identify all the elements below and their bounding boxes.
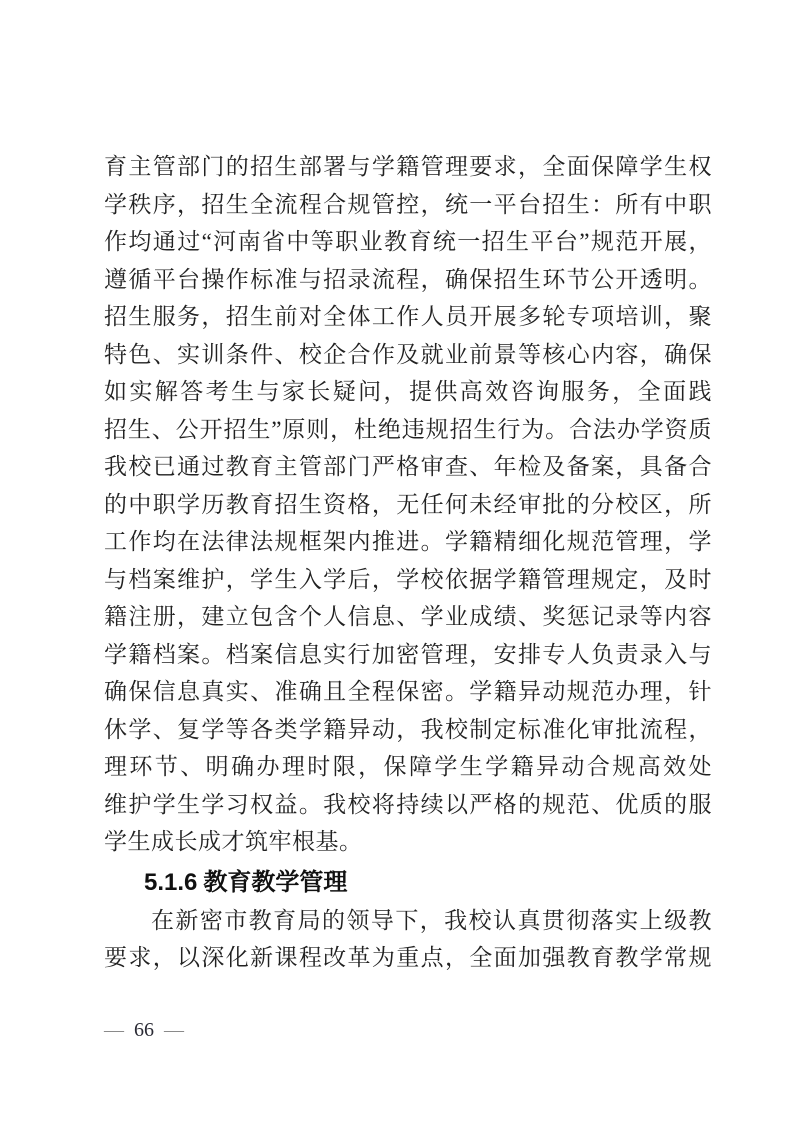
text-line: 工作均在法律法规框架内推进。学籍精细化规范管理，学籍注册 (104, 523, 712, 561)
page-footer: —66— (104, 1019, 184, 1042)
text-line: 招生服务，招生前对全体工作人员开展多轮专项培训，聚焦专业 (104, 298, 712, 336)
footer-dash-right: — (164, 1019, 184, 1041)
text-line: 维护学生学习权益。我校将持续以严格的规范、优质的服务，为 (104, 786, 712, 824)
paragraph: 在新密市教育局的领导下，我校认真贯彻落实上级教育工作要求，以深化新课程改革为重点… (104, 902, 712, 977)
text-line: 学秩序，招生全流程合规管控，统一平台招生：所有中职招生工 (104, 186, 712, 224)
text-line: 育主管部门的招生部署与学籍管理要求，全面保障学生权益与办 (104, 148, 712, 186)
text-line: 理环节、明确办理时限，保障学生学籍异动合规高效处理，切实 (104, 748, 712, 786)
paragraph: 育主管部门的招生部署与学籍管理要求，全面保障学生权益与办学秩序，招生全流程合规管… (104, 148, 712, 861)
text-line: 我校已通过教育主管部门严格审查、年检及备案，具备合法合规 (104, 448, 712, 486)
text-line: 如实解答考生与家长疑问，提供高效咨询服务，全面践行“阳光 (104, 373, 712, 411)
text-line: 学籍档案。档案信息实行加密管理，安排专人负责录入与维护， (104, 636, 712, 674)
text-line: 在新密市教育局的领导下，我校认真贯彻落实上级教育工作 (104, 902, 712, 940)
text-line: 作均通过“河南省中等职业教育统一招生平台”规范开展，严格 (104, 223, 712, 261)
text-line: 学生成长成才筑牢根基。 (104, 823, 712, 861)
section-heading-number: 5.1.6 (144, 869, 197, 896)
footer-dash-left: — (104, 1019, 124, 1041)
section-heading-title: 教育教学管理 (203, 870, 347, 896)
text-line: 籍注册，建立包含个人信息、学业成绩、奖惩记录等内容的完整 (104, 598, 712, 636)
text-line: 的中职学历教育招生资格，无任何未经审批的分校区，所有招生 (104, 486, 712, 524)
text-line: 与档案维护，学生入学后，学校依据学籍管理规定，及时完成学 (104, 561, 712, 599)
text-line: 特色、实训条件、校企合作及就业前景等核心内容，确保精准、 (104, 336, 712, 374)
text-line: 遵循平台操作标准与招录流程，确保招生环节公开透明。专业化 (104, 261, 712, 299)
text-line: 要求，以深化新课程改革为重点，全面加强教育教学常规管理， (104, 939, 712, 977)
page-number: 66 (134, 1019, 154, 1041)
document-page: 育主管部门的招生部署与学籍管理要求，全面保障学生权益与办学秩序，招生全流程合规管… (0, 0, 800, 1131)
text-line: 招生、公开招生”原则，杜绝违规招生行为。合法办学资质保障， (104, 411, 712, 449)
text-line: 确保信息真实、准确且全程保密。学籍异动规范办理，针对转学、 (104, 673, 712, 711)
section-heading: 5.1.6教育教学管理 (104, 864, 712, 902)
document-content: 育主管部门的招生部署与学籍管理要求，全面保障学生权益与办学秩序，招生全流程合规管… (104, 148, 712, 977)
text-line: 休学、复学等各类学籍异动，我校制定标准化审批流程，简化办 (104, 711, 712, 749)
